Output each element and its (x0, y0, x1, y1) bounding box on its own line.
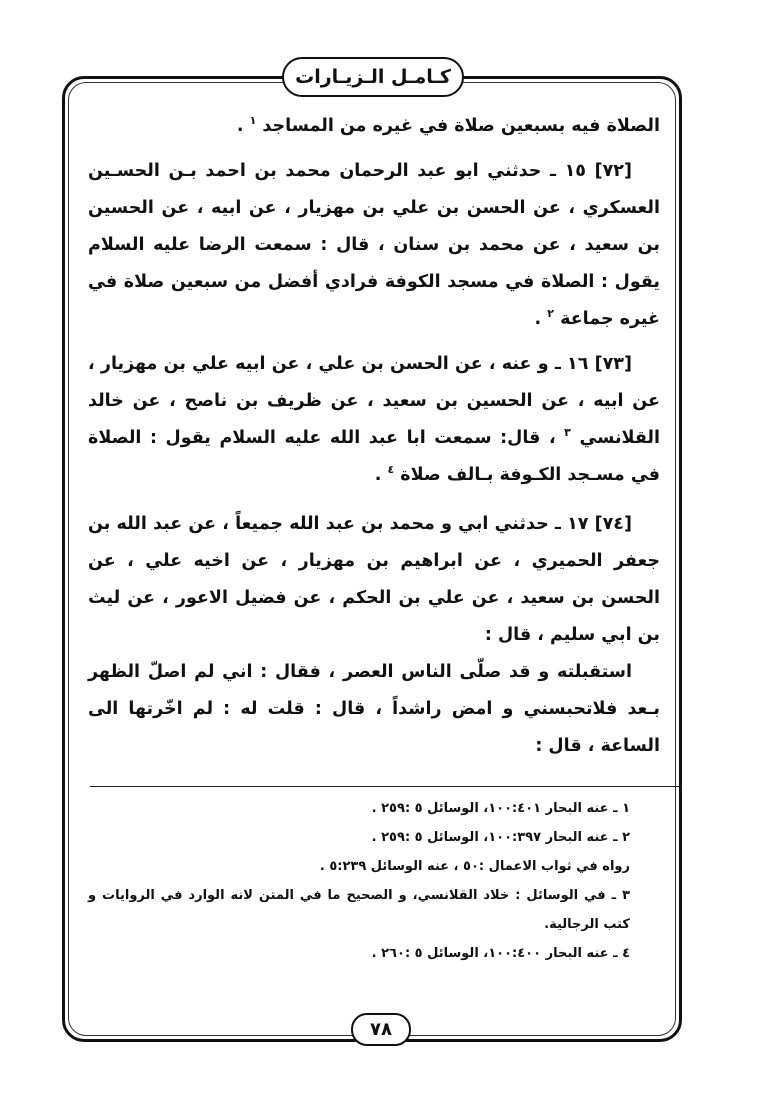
page-number-box: ٧٨ (351, 1013, 411, 1046)
footnote-1: ١ ـ عنه البحار ١٠٠:٤٠١، الوسائل ٥ :٢٥٩ . (88, 794, 660, 823)
page-number: ٧٨ (370, 1019, 392, 1040)
footnote-2-source: رواه في ثواب الاعمال :٥٠ ، عنه الوسائل ٥… (88, 852, 660, 881)
footnote-ref[interactable]: ٢ (547, 307, 554, 320)
text-span: . (375, 465, 388, 485)
running-title-box: كـامـل الـزيـارات (282, 57, 464, 97)
footnote-2: ٢ ـ عنه البحار ١٠٠:٣٩٧، الوسائل ٥ :٢٥٩ . (88, 823, 660, 852)
hadith-paragraph-74: [٧٤] ١٧ ـ حدثني ابي و محمد بن عبد الله ج… (88, 506, 660, 654)
running-title: كـامـل الـزيـارات (295, 66, 451, 88)
text-span: [٧٤] ١٧ ـ حدثني ابي و محمد بن عبد الله ج… (88, 514, 660, 645)
footnote-ref[interactable]: ٣ (564, 426, 571, 439)
footnote-3: ٣ ـ في الوسائل : خلاد القلانسي، و الصحيح… (88, 881, 660, 939)
footnote-ref[interactable]: ٤ (387, 463, 394, 476)
text-span: . (237, 116, 250, 136)
main-text: الصلاة فيه بسبعين صلاة في غيره من المساج… (88, 108, 660, 765)
hadith-paragraph-72: [٧٢] ١٥ ـ حدثني ابو عبد الرحمان محمد بن … (88, 153, 660, 338)
text-span: الصلاة فيه بسبعين صلاة في غيره من المساج… (262, 116, 660, 136)
hadith-paragraph-73: [٧٣] ١٦ ـ و عنه ، عن الحسن بن علي ، عن ا… (88, 346, 660, 494)
footnote-4: ٤ ـ عنه البحار ١٠٠:٤٠٠، الوسائل ٥ :٢٦٠ . (88, 939, 660, 968)
hadith-paragraph-74-continued: استقبلته و قد صلّى الناس العصر ، فقال : … (88, 654, 660, 765)
paragraph-continuation: الصلاة فيه بسبعين صلاة في غيره من المساج… (88, 108, 660, 145)
text-span: استقبلته و قد صلّى الناس العصر ، فقال : … (88, 662, 660, 756)
text-span: [٧٢] ١٥ ـ حدثني ابو عبد الرحمان محمد بن … (88, 161, 660, 329)
footnotes: ١ ـ عنه البحار ١٠٠:٤٠١، الوسائل ٥ :٢٥٩ .… (88, 794, 660, 968)
footnote-ref[interactable]: ١ (250, 114, 257, 127)
footnote-separator (90, 786, 682, 787)
text-span: . (535, 309, 548, 329)
